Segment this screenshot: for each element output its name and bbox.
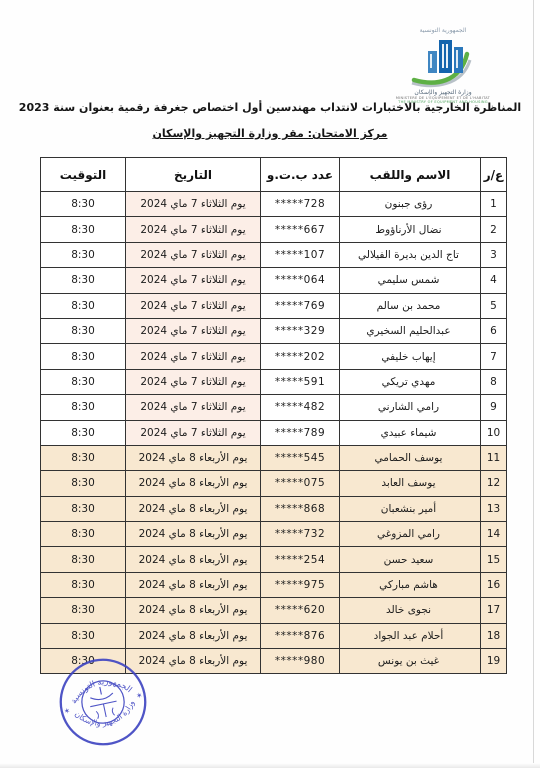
row-rank: 13 xyxy=(481,496,507,521)
document-title: المناظرة الخارجية بالاختبارات لانتداب مه… xyxy=(0,101,540,114)
stamp-star-left: ✶ xyxy=(63,706,71,716)
id-card-number: *****202 xyxy=(261,344,340,369)
candidate-name: سعيد حسن xyxy=(340,547,481,572)
exam-time: 8:30 xyxy=(41,598,126,623)
scan-edge-right xyxy=(533,0,535,768)
exam-date: يوم الثلاثاء 7 ماي 2024 xyxy=(126,318,261,343)
exam-date: يوم الثلاثاء 7 ماي 2024 xyxy=(126,293,261,318)
candidate-name: أحلام عبد الجواد xyxy=(340,623,481,648)
exam-date: يوم الثلاثاء 7 ماي 2024 xyxy=(126,420,261,445)
table-row: 10 شيماء عبيدي *****789 يوم الثلاثاء 7 م… xyxy=(41,420,507,445)
exam-time: 8:30 xyxy=(41,318,126,343)
id-card-number: *****064 xyxy=(261,268,340,293)
exam-time: 8:30 xyxy=(41,572,126,597)
exam-center-line: مركز الامتحان: مقر وزارة التجهيز والإسكا… xyxy=(0,127,540,140)
id-card-number: *****789 xyxy=(261,420,340,445)
id-card-number: *****728 xyxy=(261,192,340,217)
exam-time: 8:30 xyxy=(41,522,126,547)
exam-time: 8:30 xyxy=(41,369,126,394)
row-rank: 10 xyxy=(481,420,507,445)
id-card-number: *****975 xyxy=(261,572,340,597)
exam-time: 8:30 xyxy=(41,293,126,318)
exam-time: 8:30 xyxy=(41,445,126,470)
exam-date: يوم الثلاثاء 7 ماي 2024 xyxy=(126,242,261,267)
candidate-name: يوسف العابد xyxy=(340,471,481,496)
row-rank: 16 xyxy=(481,572,507,597)
table-row: 2 نضال الأرناؤوط *****667 يوم الثلاثاء 7… xyxy=(41,217,507,242)
table-row: 14 رامي المزوغي *****732 يوم الأربعاء 8 … xyxy=(41,522,507,547)
table-row: 18 أحلام عبد الجواد *****876 يوم الأربعا… xyxy=(41,623,507,648)
exam-date: يوم الأربعاء 8 ماي 2024 xyxy=(126,623,261,648)
table-row: 6 عبدالحليم السخيري *****329 يوم الثلاثا… xyxy=(41,318,507,343)
id-card-number: *****107 xyxy=(261,242,340,267)
exam-date: يوم الثلاثاء 7 ماي 2024 xyxy=(126,217,261,242)
candidate-name: شيماء عبيدي xyxy=(340,420,481,445)
table-row: 5 محمد بن سالم *****769 يوم الثلاثاء 7 م… xyxy=(41,293,507,318)
table-header-row: ع/ر الاسم واللقب عدد ب.ت.و التاريخ التوق… xyxy=(41,158,507,192)
id-card-number: *****482 xyxy=(261,395,340,420)
id-card-number: *****868 xyxy=(261,496,340,521)
table-row: 4 شمس سليمي *****064 يوم الثلاثاء 7 ماي … xyxy=(41,268,507,293)
exam-date: يوم الثلاثاء 7 ماي 2024 xyxy=(126,369,261,394)
scan-edge-bottom xyxy=(0,763,540,768)
id-card-number: *****620 xyxy=(261,598,340,623)
col-header-name: الاسم واللقب xyxy=(340,158,481,192)
candidate-name: تاج الدين بديرة الفيلالي xyxy=(340,242,481,267)
table-row: 17 نجوى خالد *****620 يوم الأربعاء 8 ماي… xyxy=(41,598,507,623)
id-card-number: *****769 xyxy=(261,293,340,318)
row-rank: 3 xyxy=(481,242,507,267)
row-rank: 5 xyxy=(481,293,507,318)
row-rank: 7 xyxy=(481,344,507,369)
row-rank: 18 xyxy=(481,623,507,648)
row-rank: 6 xyxy=(481,318,507,343)
exam-date: يوم الأربعاء 8 ماي 2024 xyxy=(126,471,261,496)
ministry-name-arabic: وزارة التجهيز والإسكان xyxy=(380,89,506,96)
table-row: 11 يوسف الحمامي *****545 يوم الأربعاء 8 … xyxy=(41,445,507,470)
exam-date: يوم الأربعاء 8 ماي 2024 xyxy=(126,522,261,547)
id-card-number: *****980 xyxy=(261,649,340,674)
document-page: الجمهورية التونسية وزارة التجهيز والإسكا… xyxy=(0,0,540,768)
id-card-number: *****545 xyxy=(261,445,340,470)
candidate-name: غيث بن يونس xyxy=(340,649,481,674)
exam-date: يوم الأربعاء 8 ماي 2024 xyxy=(126,496,261,521)
id-card-number: *****876 xyxy=(261,623,340,648)
row-rank: 15 xyxy=(481,547,507,572)
col-header-rank: ع/ر xyxy=(481,158,507,192)
row-rank: 8 xyxy=(481,369,507,394)
col-header-time: التوقيت xyxy=(41,158,126,192)
id-card-number: *****732 xyxy=(261,522,340,547)
candidate-name: هاشم مباركي xyxy=(340,572,481,597)
table-row: 16 هاشم مباركي *****975 يوم الأربعاء 8 م… xyxy=(41,572,507,597)
candidate-name: أمير بنشعبان xyxy=(340,496,481,521)
id-card-number: *****254 xyxy=(261,547,340,572)
exam-time: 8:30 xyxy=(41,420,126,445)
exam-time: 8:30 xyxy=(41,242,126,267)
exam-date: يوم الأربعاء 8 ماي 2024 xyxy=(126,598,261,623)
candidate-name: نضال الأرناؤوط xyxy=(340,217,481,242)
exam-date: يوم الثلاثاء 7 ماي 2024 xyxy=(126,344,261,369)
exam-date: يوم الثلاثاء 7 ماي 2024 xyxy=(126,192,261,217)
candidate-name: مهدي تريكي xyxy=(340,369,481,394)
exam-date: يوم الثلاثاء 7 ماي 2024 xyxy=(126,268,261,293)
exam-time: 8:30 xyxy=(41,471,126,496)
exam-time: 8:30 xyxy=(41,623,126,648)
candidate-name: يوسف الحمامي xyxy=(340,445,481,470)
table-row: 8 مهدي تريكي *****591 يوم الثلاثاء 7 ماي… xyxy=(41,369,507,394)
exam-time: 8:30 xyxy=(41,344,126,369)
id-card-number: *****075 xyxy=(261,471,340,496)
exam-date: يوم الثلاثاء 7 ماي 2024 xyxy=(126,395,261,420)
candidate-name: محمد بن سالم xyxy=(340,293,481,318)
candidate-name: إيهاب خليفي xyxy=(340,344,481,369)
candidate-name: شمس سليمي xyxy=(340,268,481,293)
row-rank: 17 xyxy=(481,598,507,623)
exam-date: يوم الأربعاء 8 ماي 2024 xyxy=(126,445,261,470)
exam-time: 8:30 xyxy=(41,395,126,420)
id-card-number: *****667 xyxy=(261,217,340,242)
id-card-number: *****591 xyxy=(261,369,340,394)
table-row: 12 يوسف العابد *****075 يوم الأربعاء 8 م… xyxy=(41,471,507,496)
candidate-name: عبدالحليم السخيري xyxy=(340,318,481,343)
exam-time: 8:30 xyxy=(41,268,126,293)
row-rank: 2 xyxy=(481,217,507,242)
table-row: 13 أمير بنشعبان *****868 يوم الأربعاء 8 … xyxy=(41,496,507,521)
stamp-star-right: ✶ xyxy=(135,691,143,701)
table-row: 1 رؤى جبنون *****728 يوم الثلاثاء 7 ماي … xyxy=(41,192,507,217)
republic-wordmark: الجمهورية التونسية xyxy=(380,27,506,34)
table-row: 3 تاج الدين بديرة الفيلالي *****107 يوم … xyxy=(41,242,507,267)
candidate-name: نجوى خالد xyxy=(340,598,481,623)
row-rank: 12 xyxy=(481,471,507,496)
candidate-name: رامي الشارني xyxy=(340,395,481,420)
ministry-buildings-logo-icon xyxy=(408,36,478,88)
row-rank: 14 xyxy=(481,522,507,547)
row-rank: 19 xyxy=(481,649,507,674)
table-row: 7 إيهاب خليفي *****202 يوم الثلاثاء 7 ما… xyxy=(41,344,507,369)
exam-time: 8:30 xyxy=(41,547,126,572)
exam-date: يوم الأربعاء 8 ماي 2024 xyxy=(126,547,261,572)
row-rank: 1 xyxy=(481,192,507,217)
row-rank: 11 xyxy=(481,445,507,470)
exam-time: 8:30 xyxy=(41,496,126,521)
table-row: 15 سعيد حسن *****254 يوم الأربعاء 8 ماي … xyxy=(41,547,507,572)
row-rank: 4 xyxy=(481,268,507,293)
official-stamp: ✶ ✶ الجمهورية التونسية وزارة التجهيز وال… xyxy=(44,645,162,760)
candidate-name: رؤى جبنون xyxy=(340,192,481,217)
exam-time: 8:30 xyxy=(41,192,126,217)
col-header-id-number: عدد ب.ت.و xyxy=(261,158,340,192)
row-rank: 9 xyxy=(481,395,507,420)
candidates-table: ع/ر الاسم واللقب عدد ب.ت.و التاريخ التوق… xyxy=(40,157,507,674)
exam-date: يوم الأربعاء 8 ماي 2024 xyxy=(126,572,261,597)
exam-time: 8:30 xyxy=(41,217,126,242)
col-header-date: التاريخ xyxy=(126,158,261,192)
candidate-name: رامي المزوغي xyxy=(340,522,481,547)
id-card-number: *****329 xyxy=(261,318,340,343)
table-row: 9 رامي الشارني *****482 يوم الثلاثاء 7 م… xyxy=(41,395,507,420)
ministry-logo-block: الجمهورية التونسية وزارة التجهيز والإسكا… xyxy=(380,27,506,104)
